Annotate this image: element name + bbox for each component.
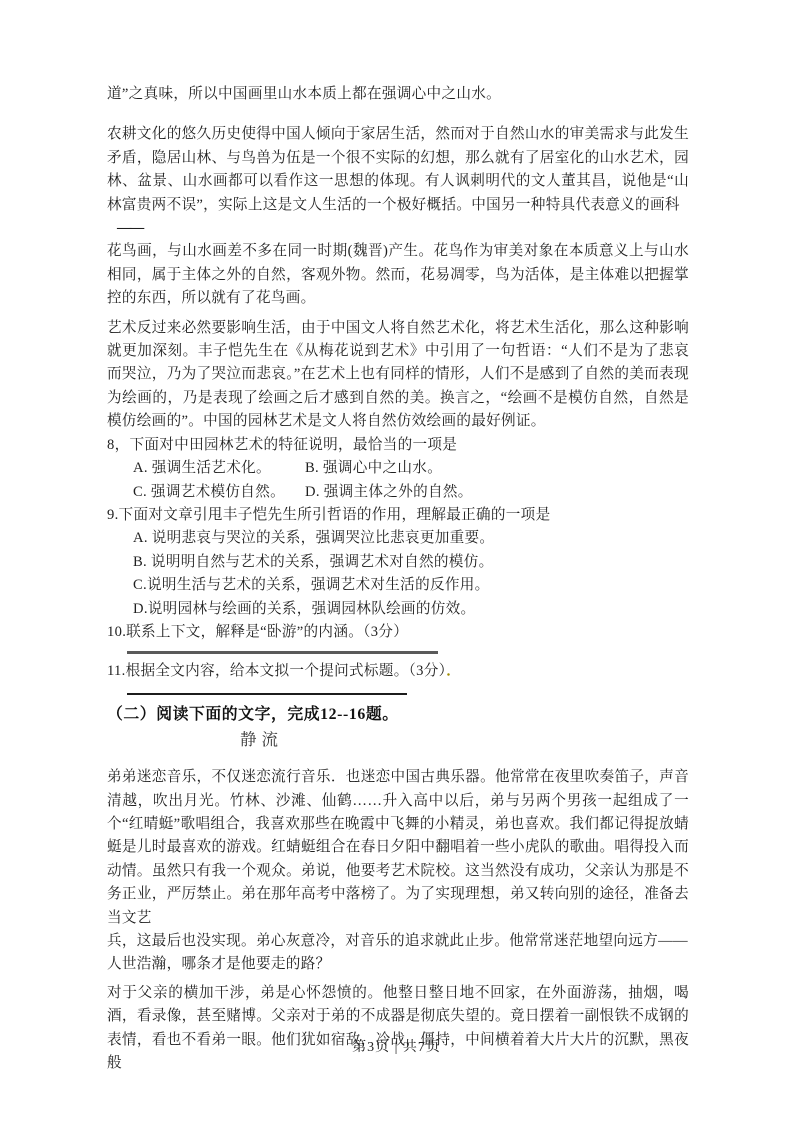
question-11: 11.根据全文内容，给本文拟一个提问式标题。（3分）． <box>107 660 689 683</box>
question-11-text: 11.根据全文内容，给本文拟一个提问式标题。（3分） <box>107 663 446 679</box>
question-9-option-c: C.说明生活与艺术的关系，强调艺术对生活的反作用。 <box>107 574 689 597</box>
question-9-option-a: A. 说明悲哀与哭泣的关系，强调哭泣比悲哀更加重要。 <box>107 527 689 550</box>
question-10: 10.联系上下文，解释是“卧游”的内涵。（3分） <box>107 621 689 644</box>
answer-line-q10 <box>127 651 438 654</box>
question-8-options-row-2: C. 强调艺术模仿自然。 D. 强调主体之外的自然。 <box>107 481 689 504</box>
question-8-option-d: D. 强调主体之外的自然。 <box>305 481 473 504</box>
question-9-stem: 9.下面对文章引甩丰子恺先生所引哲语的作用，理解最正确的一项是 <box>107 504 689 527</box>
em-dash-continuation: —— <box>117 217 689 240</box>
question-9-option-b: B. 说明明自然与艺术的关系，强调艺术对自然的模仿。 <box>107 551 689 574</box>
question-8-option-a: A. 强调生活艺术化。 <box>133 457 305 480</box>
answer-line-q11 <box>127 693 407 695</box>
page-number-footer: 第3页 | 共7页 <box>0 1036 793 1059</box>
essay-paragraph-1: 道”之真味，所以中国画里山水本质上都在强调心中之山水。 <box>107 83 689 106</box>
stray-olive-mark: ． <box>446 663 461 679</box>
question-8-option-b: B. 强调心中之山水。 <box>305 457 442 480</box>
passage-title: 静流 <box>240 726 689 753</box>
section-two: （二）阅读下面的文字，完成12--16题。 静流 弟弟迷恋音乐，不仅迷恋流行音乐… <box>107 703 689 1076</box>
essay-paragraph-4: 艺术反过来必然要影响生活，由于中国文人将自然艺术化，将艺术生活化，那么这种影响就… <box>107 317 689 434</box>
exam-page: 道”之真味，所以中国画里山水本质上都在强调心中之山水。 农耕文化的悠久历史使得中… <box>0 0 793 1122</box>
passage-paragraph-1c: 人世浩瀚，哪条才是他要走的路？ <box>107 953 689 976</box>
question-9-option-d: D.说明园林与绘画的关系，强调园林队绘画的仿效。 <box>107 598 689 621</box>
section-2-header: （二）阅读下面的文字，完成12--16题。 <box>107 703 689 726</box>
question-8-option-c: C. 强调艺术模仿自然。 <box>133 481 305 504</box>
question-8-stem: 8，下面对中田园林艺术的特征说明，最恰当的一项是 <box>107 434 689 457</box>
question-8-options-row-1: A. 强调生活艺术化。 B. 强调心中之山水。 <box>107 457 689 480</box>
passage-paragraph-1b: 兵，这最后也没实现。弟心灰意冷，对音乐的追求就此止步。他常常迷茫地望向远方—— <box>107 930 689 953</box>
questions-section: 8，下面对中田园林艺术的特征说明，最恰当的一项是 A. 强调生活艺术化。 B. … <box>107 434 689 695</box>
essay-section: 道”之真味，所以中国画里山水本质上都在强调心中之山水。 农耕文化的悠久历史使得中… <box>107 83 689 434</box>
passage-paragraph-1a: 弟弟迷恋音乐，不仅迷恋流行音乐．也迷恋中国古典乐器。他常常在夜里吹奏笛子，声音清… <box>107 766 689 930</box>
essay-paragraph-2: 农耕文化的悠久历史使得中国人倾向于家居生活，然而对于自然山水的审美需求与此发生矛… <box>107 123 689 217</box>
passage-paragraph-2: 对于父亲的横加干涉，弟是心怀怨愤的。他整日整日地不回家，在外面游荡，抽烟，喝酒，… <box>107 982 689 1076</box>
essay-paragraph-3: 花鸟画，与山水画差不多在同一时期(魏晋)产生。花鸟作为审美对象在本质意义上与山水… <box>107 240 689 310</box>
